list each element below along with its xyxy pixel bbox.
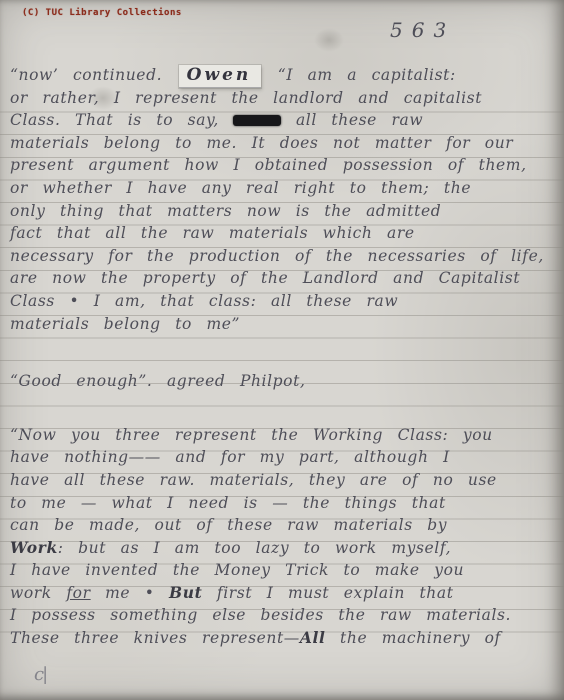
text-segment: all these raw — [281, 111, 423, 129]
manuscript-line: to me — what I need is — the things that — [10, 492, 550, 515]
manuscript-line: necessary for the production of the nece… — [10, 245, 550, 268]
manuscript-line: I possess something else besides the raw… — [10, 604, 550, 627]
text-segment: to me — what I need is — the things that — [10, 494, 446, 512]
corner-pencil-mark: c| — [34, 664, 46, 685]
manuscript-page: (C) TUC Library Collections 563 “now’ co… — [0, 0, 564, 700]
manuscript-line: “Good enough”. agreed Philpot, — [10, 370, 550, 393]
text-segment: necessary for the production of the nece… — [10, 247, 544, 265]
text-segment: first I must explain that — [202, 584, 453, 602]
text-segment: can be made, out of these raw materials … — [10, 516, 447, 534]
manuscript-line: or rather, I represent the landlord and … — [10, 87, 550, 110]
page-number: 563 — [390, 18, 455, 42]
manuscript-line: fact that all the raw materials which ar… — [10, 222, 550, 245]
manuscript-line: I have invented the Money Trick to make … — [10, 559, 550, 582]
paper-smudge — [314, 28, 344, 52]
text-segment: or whether I have any real right to them… — [10, 179, 471, 197]
text-segment: or rather, I represent the landlord and … — [10, 89, 482, 107]
manuscript-line: materials belong to me” — [10, 313, 550, 336]
text-segment: Class. That is to say, — [10, 111, 233, 129]
text-segment: “now’ continued. — [10, 66, 177, 84]
manuscript-line: Class • I am, that class: all these raw — [10, 290, 550, 313]
text-segment: work — [10, 584, 66, 602]
copyright-watermark: (C) TUC Library Collections — [22, 8, 182, 18]
manuscript-line: “Now you three represent the Working Cla… — [10, 424, 550, 447]
pasted-name-slip: Owen — [179, 65, 262, 88]
manuscript-line: work for me • But first I must explain t… — [10, 582, 550, 605]
text-segment: : but as I am too lazy to work myself, — [58, 539, 451, 557]
manuscript-line: can be made, out of these raw materials … — [10, 514, 550, 537]
text-segment: These three knives represent— — [10, 629, 300, 647]
text-segment: are now the property of the Landlord and… — [10, 269, 520, 287]
manuscript-line: or whether I have any real right to them… — [10, 177, 550, 200]
text-segment: have nothing—— and for my part, although… — [10, 448, 450, 466]
text-segment: materials belong to me” — [10, 315, 240, 333]
manuscript-line: only thing that matters now is the admit… — [10, 200, 550, 223]
text-segment: have all these raw. materials, they are … — [10, 471, 497, 489]
manuscript-line: These three knives represent—All the mac… — [10, 627, 550, 650]
manuscript-text: “now’ continued. Owen “I am a capitalist… — [10, 64, 550, 650]
text-segment: I have invented the Money Trick to make … — [10, 561, 464, 579]
text-segment: materials belong to me. It does not matt… — [10, 134, 513, 152]
text-segment: present argument how I obtained possessi… — [10, 156, 527, 174]
text-segment: “I am a capitalist: — [263, 66, 456, 84]
text-segment: Class • I am, that class: all these raw — [10, 292, 398, 310]
text-segment: “Good enough”. agreed Philpot, — [10, 372, 305, 390]
text-segment: But — [169, 583, 202, 602]
text-segment: the machinery of — [326, 629, 501, 647]
manuscript-line: have nothing—— and for my part, although… — [10, 446, 550, 469]
text-segment: only thing that matters now is the admit… — [10, 202, 441, 220]
text-segment: me • — [91, 584, 169, 602]
manuscript-line: are now the property of the Landlord and… — [10, 267, 550, 290]
manuscript-line: present argument how I obtained possessi… — [10, 154, 550, 177]
manuscript-line: “now’ continued. Owen “I am a capitalist… — [10, 64, 550, 87]
text-segment: fact that all the raw materials which ar… — [10, 224, 415, 242]
manuscript-line: have all these raw. materials, they are … — [10, 469, 550, 492]
manuscript-line: materials belong to me. It does not matt… — [10, 132, 550, 155]
manuscript-line: Class. That is to say, all these raw — [10, 109, 550, 132]
text-segment: I possess something else besides the raw… — [10, 606, 511, 624]
text-segment: “Now you three represent the Working Cla… — [10, 426, 493, 444]
text-segment: All — [300, 628, 326, 647]
redacted-word — [233, 115, 281, 126]
text-segment: Work — [10, 538, 58, 557]
text-segment: for — [66, 584, 90, 602]
manuscript-line: Work: but as I am too lazy to work mysel… — [10, 537, 550, 560]
